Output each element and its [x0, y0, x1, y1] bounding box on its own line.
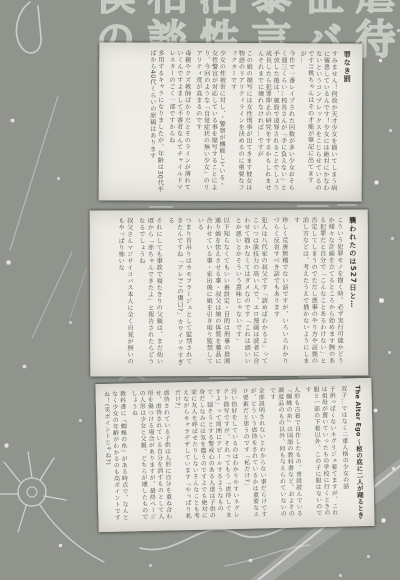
scratch-line-icon — [32, 252, 72, 338]
scratch-line-icon — [10, 96, 58, 250]
panel-2-heading: 襲われたのは527日と… — [348, 217, 360, 369]
text-paragraph: こういう犯罪モノを描く時、必ず実行可能かどうか様々な計画を立てるところから始めま… — [291, 217, 343, 369]
scratch-line-icon — [70, 270, 86, 318]
afterword-panel-3: The Alter Ego ～柩の底に二人が踊るとき― 双子…ではなく二重人格の… — [95, 378, 374, 532]
afterword-panel-1: 罪なき罰 すみません！何故か天才少女を描いてしまう病に罹患しているんです！少女に… — [99, 42, 363, 201]
panel-1-vertical-text: 罪なき罰 すみません！何故か天才少女を描いてしまう病に罹患しているんです！少女に… — [108, 49, 354, 194]
text-paragraph: 人形も古着で自作したもの、普段読んでいる『蜘蛛の糸』は国語の教科書など、およその… — [267, 387, 302, 522]
text-paragraph: 犯人は八代家の叔父です「読めばわかるよ」ってこいつは演技力の高い人で、エロ漫画は… — [233, 217, 268, 369]
panel-3-vertical-text: The Alter Ego ～柩の底に二人が踊るとき― 双子…ではなく二重人格の… — [105, 385, 366, 525]
scan-noise-speckles — [0, 0, 1, 1]
text-paragraph: 汚い恰好をしているのはわかりやすいネグレクト描写ですが、それってもう「虐待してま… — [172, 388, 239, 523]
text-paragraph: 少女の性被害に対し、・警察が機能している・女性警官が対応している事を描写すること… — [194, 50, 226, 194]
text-paragraph: すみません！何故か天才少女を描いてしまう病に罹患しているんです！少女には絶対にか… — [298, 50, 338, 194]
glyph-fragment-icon — [150, 205, 356, 207]
text-paragraph: 多用するキャラになりましたが、年齢は30代半ばから40代くらいの原稿はあります — [148, 50, 164, 194]
text-paragraph: この娘の描写には女性刑事が出てきます彼女は物語のリアリティラインを決めるのに重要… — [228, 50, 252, 194]
text-paragraph: 以下知らなくてもいい裏設定・目的は刑事の推測通り娘を怯えさせる事・叔父は娘の体質… — [195, 217, 230, 369]
text-paragraph: 毒親やクズ教師ばかりだとそのラインが薄れていくんですよまして不審者なんてチャイル… — [167, 50, 191, 194]
text-paragraph: 子供っぽくないネグリジェ着てますが、これは祖母が置いていったもの学校に行くときの… — [303, 386, 338, 521]
text-paragraph: 叔父さんマジサイコパス本人に全く自覚が無いのもやっぱり怖いな — [115, 217, 133, 369]
paperclip-doodle-icon — [16, 2, 41, 53]
text-paragraph: 虐待されている子供は人形に自分を重ね合わせ、虐待されている自分を消すものとして人… — [129, 389, 172, 524]
panel-1-heading: 罪なき罰 — [342, 50, 354, 194]
scanned-doujin-afterword-page: { "page": { "bg_color": "#90948d", "pane… — [0, 0, 400, 580]
text-paragraph: 全部説明されないとわからない事だらけですが、どういう虐待をされているかは重要なエ… — [240, 387, 267, 522]
text-paragraph: 教科書に『蜘蛛の糸』がある時点で、なんとなく少女の年齢がわかるのも高ポイントです… — [105, 390, 129, 524]
text-paragraph: 今作で一番レイプされた回数が多い少女おそらく週三くらい…校長さんが「手に負えない… — [255, 50, 295, 194]
text-paragraph: つまり首吊りはカモフラージュとして監禁されてきたんですね「アレ?この傷口?」カワ… — [165, 217, 191, 369]
flower-sketch-icon — [0, 452, 104, 562]
text-paragraph: 珍しく荒唐無稽でない話ですが、いろいろわかりづらく反省すべき話でもあります — [270, 217, 288, 369]
text-paragraph: 双子…ではなく二重人格の少女の話 — [338, 385, 349, 519]
afterword-panel-2: 襲われたのは527日と… こういう犯罪モノを描く時、必ず実行可能かどうか様々な計… — [90, 210, 369, 377]
panel-3-heading: The Alter Ego ～柩の底に二人が踊るとき― — [351, 385, 365, 519]
signature-flourish-icon — [225, 545, 310, 566]
panel-2-vertical-text: 襲われたのは527日と… こういう犯罪モノを描く時、必ず実行可能かどうか様々な計… — [99, 217, 360, 370]
text-paragraph: それにしても事故で寝たきりの父親は、まだ幼い頃から「赤ちゃんできたよ」と報告され… — [136, 217, 162, 369]
